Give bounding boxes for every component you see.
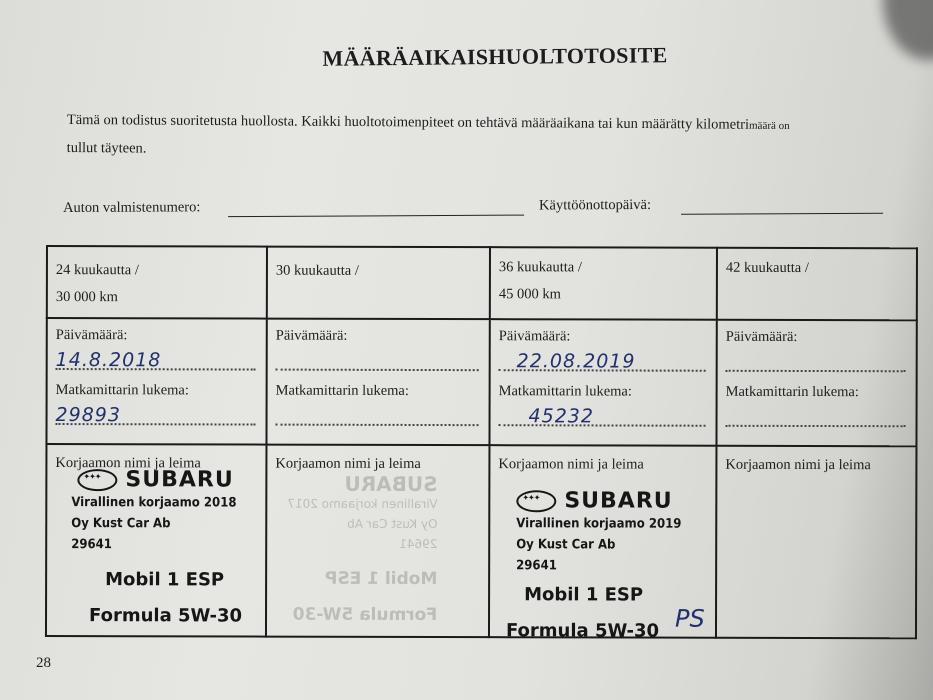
intro-main: Tämä on todistus suoritetusta huollosta.… <box>67 112 749 133</box>
date-label: Päivämäärä: <box>726 329 908 346</box>
intro-line2: tullut täyteen. <box>67 140 147 157</box>
record-row: Päivämäärä: 14.8.2018 Matkamittarin luke… <box>46 318 916 446</box>
interval-months: 30 kuukautta / <box>276 263 481 281</box>
date-label: Päivämäärä: <box>276 328 481 346</box>
odometer-field[interactable]: 29893 <box>56 399 256 426</box>
interval-km <box>276 290 481 291</box>
workshop-cell: Korjaamon nimi ja leima SUBARU Viralline… <box>266 445 490 638</box>
odometer-field[interactable] <box>276 400 479 427</box>
date-label: Päivämäärä: <box>499 328 708 346</box>
workshop-cell: Korjaamon nimi ja leima <box>716 446 917 639</box>
stamp-oil-line: Mobil 1 ESP <box>524 584 700 606</box>
page-number: 28 <box>36 655 51 672</box>
ghost-line: Mobil 1 ESP <box>287 568 437 590</box>
subaru-logo-icon <box>516 490 556 512</box>
date-field[interactable]: 14.8.2018 <box>56 344 256 371</box>
stamp-oil-line: Formula 5W-30 <box>506 620 700 643</box>
interval-cell: 36 kuukautta /45 000 km <box>490 247 717 320</box>
stamp-line: Virallinen korjaamo 2019 <box>516 513 681 534</box>
date-handwritten: 14.8.2018 <box>56 349 162 371</box>
interval-km: 30 000 km <box>56 289 258 307</box>
record-cell: Päivämäärä: Matkamittarin lukema: <box>266 319 489 446</box>
workshop-cell: Korjaamon nimi ja leima SUBARU Viralline… <box>46 444 267 637</box>
service-record-table: 24 kuukautta /30 000 km 30 kuukautta / 3… <box>45 245 918 639</box>
ghost-stamp-bleedthrough: SUBARU Virallinen korjaamo 2017 Oy Kust … <box>287 474 438 626</box>
stamp-logo: SUBARU <box>516 488 700 513</box>
interval-row: 24 kuukautta /30 000 km 30 kuukautta / 3… <box>47 246 917 320</box>
interval-months: 42 kuukautta / <box>726 260 908 277</box>
odometer-handwritten: 29893 <box>56 404 122 426</box>
subaru-logo-icon <box>77 469 117 491</box>
stamp-line: 29641 <box>71 534 236 555</box>
stamp-line: Oy Kust Car Ab <box>71 513 236 534</box>
odometer-label: Matkamittarin lukema: <box>276 383 481 401</box>
stamp-line: Oy Kust Car Ab <box>516 534 681 555</box>
vin-field[interactable] <box>228 215 524 218</box>
first-use-label: Käyttöönottopäivä: <box>539 197 651 215</box>
vehicle-info-row: Auton valmistenumero: Käyttöönottopäivä: <box>63 196 893 200</box>
interval-cell: 24 kuukautta /30 000 km <box>47 246 267 319</box>
stamp-oil-line: Formula 5W-30 <box>89 605 255 627</box>
interval-months: 24 kuukautta / <box>56 262 258 280</box>
ghost-line: 29641 <box>287 534 437 554</box>
interval-cell: 30 kuukautta / <box>267 247 490 320</box>
intro-text: Tämä on todistus suoritetusta huollosta.… <box>67 107 927 168</box>
workshop-cell: Korjaamon nimi ja leima SUBARU Viralline… <box>489 445 717 638</box>
odometer-field[interactable] <box>726 401 906 427</box>
workshop-label: Korjaamon nimi ja leima <box>275 456 480 474</box>
date-handwritten: 22.08.2019 <box>517 350 636 372</box>
odometer-field[interactable]: 45232 <box>499 400 706 427</box>
interval-cell: 42 kuukautta / <box>717 248 917 321</box>
handwritten-initials: PS <box>675 605 705 633</box>
odometer-label: Matkamittarin lukema: <box>499 383 708 401</box>
workshop-label: Korjaamon nimi ja leima <box>725 457 907 474</box>
ghost-line: Virallinen korjaamo 2017 <box>287 494 437 514</box>
stamp-line: Virallinen korjaamo 2018 <box>71 492 236 513</box>
stamp-brand: SUBARU <box>564 488 672 513</box>
page-title: MÄÄRÄAIKAISHUOLTOTOSITE <box>0 39 933 75</box>
date-field[interactable]: 22.08.2019 <box>499 345 706 372</box>
date-label: Päivämäärä: <box>56 327 258 345</box>
stamp-line: 29641 <box>516 555 681 576</box>
first-use-field[interactable] <box>681 213 883 215</box>
stamp-brand: SUBARU <box>125 467 233 492</box>
workshop-stamp: SUBARU Virallinen korjaamo 2019 Oy Kust … <box>516 488 700 642</box>
workshop-row: Korjaamon nimi ja leima SUBARU Viralline… <box>46 444 916 638</box>
odometer-label: Matkamittarin lukema: <box>56 382 258 400</box>
ghost-line: Formula 5W-30 <box>287 604 437 626</box>
record-cell: Päivämäärä: 14.8.2018 Matkamittarin luke… <box>46 318 266 445</box>
record-cell: Päivämäärä: Matkamittarin lukema: <box>716 320 916 447</box>
interval-km: 45 000 km <box>499 286 708 304</box>
record-cell: Päivämäärä: 22.08.2019 Matkamittarin luk… <box>489 319 716 446</box>
date-field[interactable] <box>726 346 906 372</box>
workshop-stamp: SUBARU Virallinen korjaamo 2018 Oy Kust … <box>77 467 255 627</box>
intro-tail: määrä on <box>749 120 790 132</box>
stamp-logo: SUBARU <box>77 467 255 492</box>
date-field[interactable] <box>276 345 479 372</box>
stamp-oil-line: Mobil 1 ESP <box>105 569 255 591</box>
interval-months: 36 kuukautta / <box>499 259 708 277</box>
workshop-label: Korjaamon nimi ja leima <box>498 456 707 474</box>
ghost-line: SUBARU <box>287 474 437 494</box>
vin-label: Auton valmistenumero: <box>63 199 200 217</box>
odometer-handwritten: 45232 <box>529 405 595 427</box>
ghost-line: Oy Kust Car Ab <box>287 514 437 534</box>
odometer-label: Matkamittarin lukema: <box>726 384 908 401</box>
